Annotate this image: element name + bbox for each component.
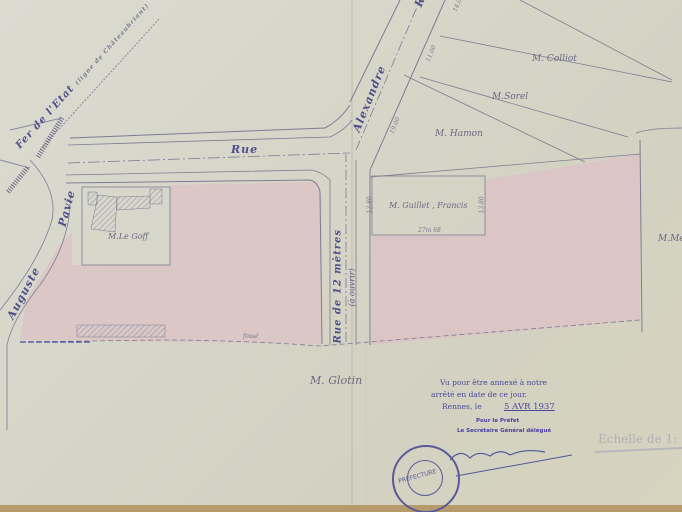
stamp-line-1: Vu pour être annexé à notre (440, 378, 547, 387)
stamp-secretaire: Le Secrétaire Général délégué (457, 428, 551, 434)
owner-le-goff: M.Le Goff (108, 232, 148, 241)
dim-guillet-width: 27m 68 (418, 227, 441, 234)
scale-label: Echelle de 1: (598, 432, 677, 446)
dim-guillet-left: 13.80 (367, 196, 374, 213)
pink-parcel-right (372, 154, 640, 345)
cadastral-map: Fer de l'Etat (ligne de Châteaubriant) R… (0, 0, 682, 512)
owner-right-edge: M.Me (658, 234, 682, 244)
stamp-line-3: Rennes, le 5 AVR 1937 (442, 402, 555, 412)
owner-colliot: M. Colliot (532, 54, 577, 64)
stamp-date: 5 AVR 1937 (484, 402, 555, 412)
owner-hamon: M. Hamon (435, 129, 483, 139)
street-label-rue: Rue (231, 143, 258, 156)
fosse-label: fossé (243, 333, 259, 340)
street-label-rue-12m: Rue de 12 mètres (333, 229, 344, 343)
stamp-line-2: arrêté en date de ce jour. (431, 390, 527, 399)
dim-guillet-right: 13.80 (479, 196, 486, 213)
owner-sorel: M.Sorel (492, 92, 528, 102)
street-note-a-ouvrir: (à ouvrir) (348, 268, 357, 306)
owner-glotin: M. Glotin (310, 374, 362, 387)
prefecture-seal: PREFECTURE (392, 445, 460, 512)
stamp-pour-le-prefet: Pour le Préfet (476, 418, 519, 424)
owner-guillet: M. Guillet , Francis (389, 201, 468, 210)
